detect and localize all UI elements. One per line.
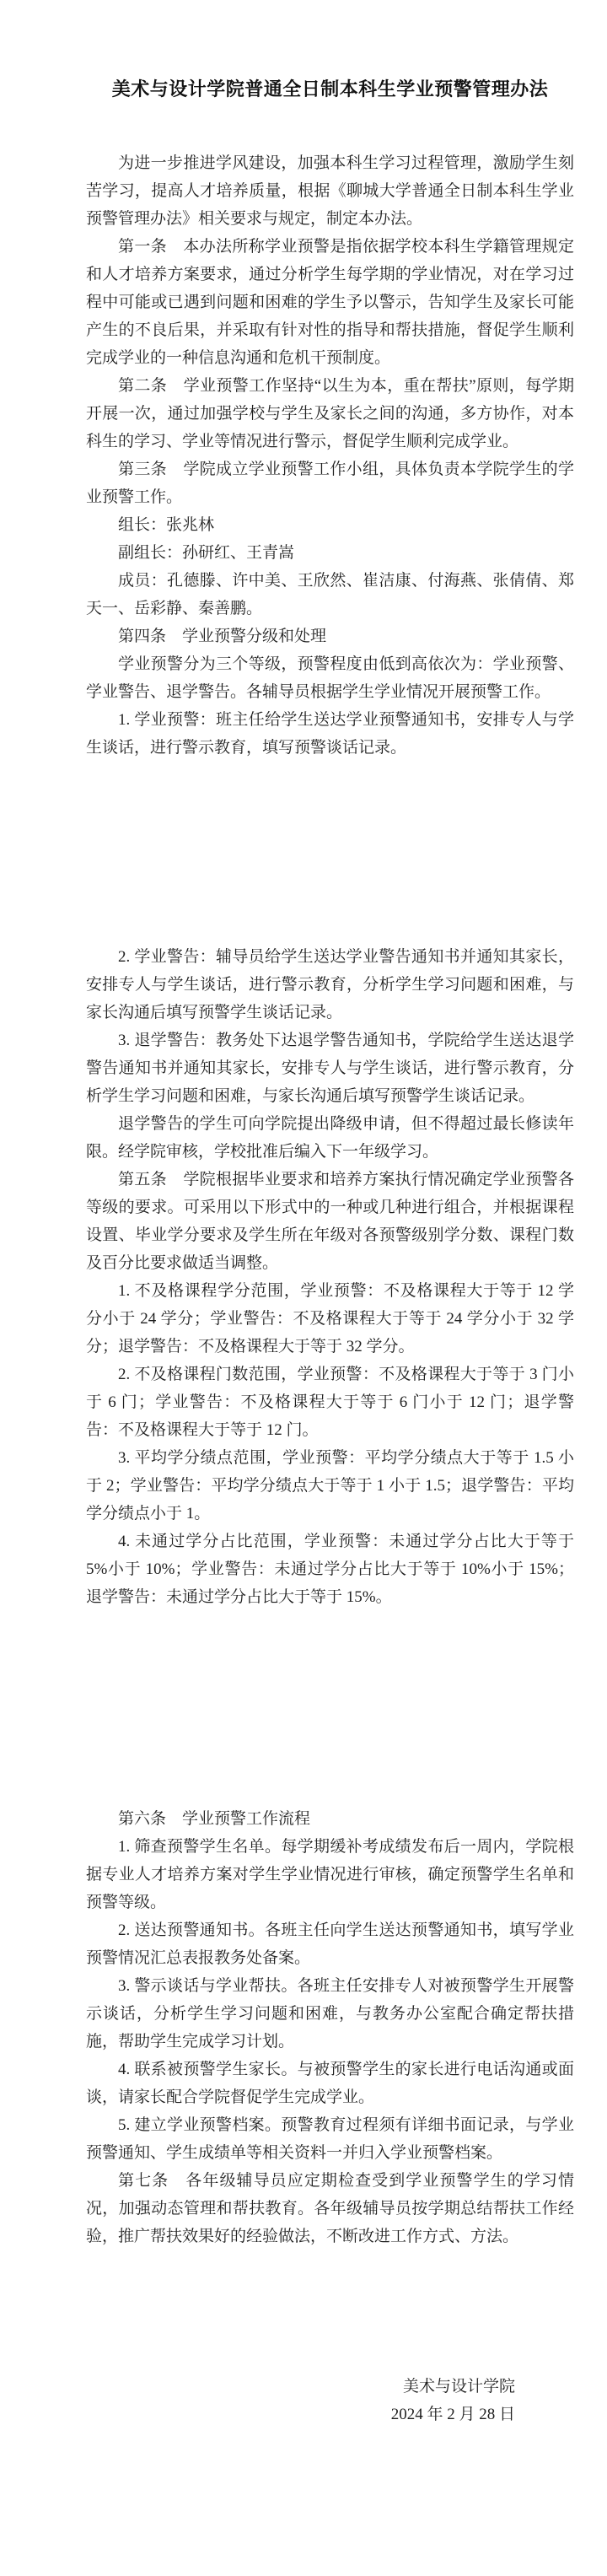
- page-2: 2. 学业警告：辅导员给学生送达学业警告通知书并通知其家长，安排专人与学生谈话，…: [0, 859, 607, 1717]
- article-6-item-5: 5. 建立学业预警档案。预警教育过程须有详细书面记录，与学业预警通知、学生成绩单…: [86, 2111, 574, 2167]
- article-1: 第一条 本办法所称学业预警是指依据学校本科生学籍管理规定和人才培养方案要求，通过…: [86, 233, 574, 372]
- members-line: 成员：孔德滕、许中美、王欣然、崔洁康、付海燕、张倩倩、郑天一、岳彩静、秦善鹏。: [86, 567, 574, 622]
- signature-org: 美术与设计学院: [86, 2373, 515, 2401]
- level-item-academic-caution: 2. 学业警告：辅导员给学生送达学业警告通知书并通知其家长，安排专人与学生谈话，…: [86, 943, 574, 1027]
- signature-date: 2024 年 2 月 28 日: [86, 2401, 515, 2428]
- document-title: 美术与设计学院普通全日制本科生学业预警管理办法: [86, 78, 574, 100]
- demotion-paragraph: 退学警告的学生可向学院提出降级申请，但不得超过最长修读年限。经学院审核，学校批准…: [86, 1110, 574, 1166]
- page-1: 美术与设计学院普通全日制本科生学业预警管理办法 为进一步推进学风建设，加强本科生…: [0, 0, 607, 859]
- article-5-item-4: 4. 未通过学分占比范围，学业预警：未通过学分占比大于等于 5%小于 10%；学…: [86, 1528, 574, 1611]
- article-7: 第七条 各年级辅导员应定期检查受到学业预警学生的学习情况，加强动态管理和帮扶教育…: [86, 2167, 574, 2250]
- signature-block: 美术与设计学院 2024 年 2 月 28 日: [86, 2373, 574, 2428]
- level-item-withdrawal-warning: 3. 退学警告：教务处下达退学警告通知书，学院给学生送达退学警告通知书并通知其家…: [86, 1027, 574, 1110]
- level-item-academic-warning: 1. 学业预警：班主任给学生送达学业预警通知书，安排专人与学生谈话，进行警示教育…: [86, 706, 574, 762]
- group-leader-line: 组长：张兆林: [86, 511, 574, 539]
- article-6-item-2: 2. 送达预警通知书。各班主任向学生送达预警通知书，填写学业预警情况汇总表报教务…: [86, 1916, 574, 1972]
- article-6-heading: 第六条 学业预警工作流程: [86, 1805, 574, 1833]
- article-5: 第五条 学院根据毕业要求和培养方案执行情况确定学业预警各等级的要求。可采用以下形…: [86, 1166, 574, 1277]
- article-5-item-3: 3. 平均学分绩点范围，学业预警：平均学分绩点大于等于 1.5 小于 2；学业警…: [86, 1444, 574, 1528]
- opening-paragraph: 为进一步推进学风建设，加强本科生学习过程管理，激励学生刻苦学习，提高人才培养质量…: [86, 149, 574, 233]
- article-2: 第二条 学业预警工作坚持“以生为本，重在帮扶”原则，每学期开展一次，通过加强学校…: [86, 372, 574, 455]
- deputy-leader-line: 副组长：孙研红、王青嵩: [86, 539, 574, 567]
- article-5-item-2: 2. 不及格课程门数范围，学业预警：不及格课程大于等于 3 门小于 6 门；学业…: [86, 1361, 574, 1444]
- warning-levels-paragraph: 学业预警分为三个等级，预警程度由低到高依次为：学业预警、学业警告、退学警告。各辅…: [86, 650, 574, 706]
- article-4-heading: 第四条 学业预警分级和处理: [86, 622, 574, 650]
- article-6-item-3: 3. 警示谈话与学业帮扶。各班主任安排专人对被预警学生开展警示谈话，分析学生学习…: [86, 1972, 574, 2056]
- article-6-item-1: 1. 筛查预警学生名单。每学期缓补考成绩发布后一周内，学院根据专业人才培养方案对…: [86, 1833, 574, 1916]
- article-5-item-1: 1. 不及格课程学分范围，学业预警：不及格课程大于等于 12 学分小于 24 学…: [86, 1277, 574, 1361]
- article-3: 第三条 学院成立学业预警工作小组，具体负责本学院学生的学业预警工作。: [86, 455, 574, 511]
- page-3: 第六条 学业预警工作流程 1. 筛查预警学生名单。每学期缓补考成绩发布后一周内，…: [0, 1717, 607, 2576]
- document: 美术与设计学院普通全日制本科生学业预警管理办法 为进一步推进学风建设，加强本科生…: [0, 0, 607, 2576]
- article-6-item-4: 4. 联系被预警学生家长。与被预警学生的家长进行电话沟通或面谈，请家长配合学院督…: [86, 2056, 574, 2111]
